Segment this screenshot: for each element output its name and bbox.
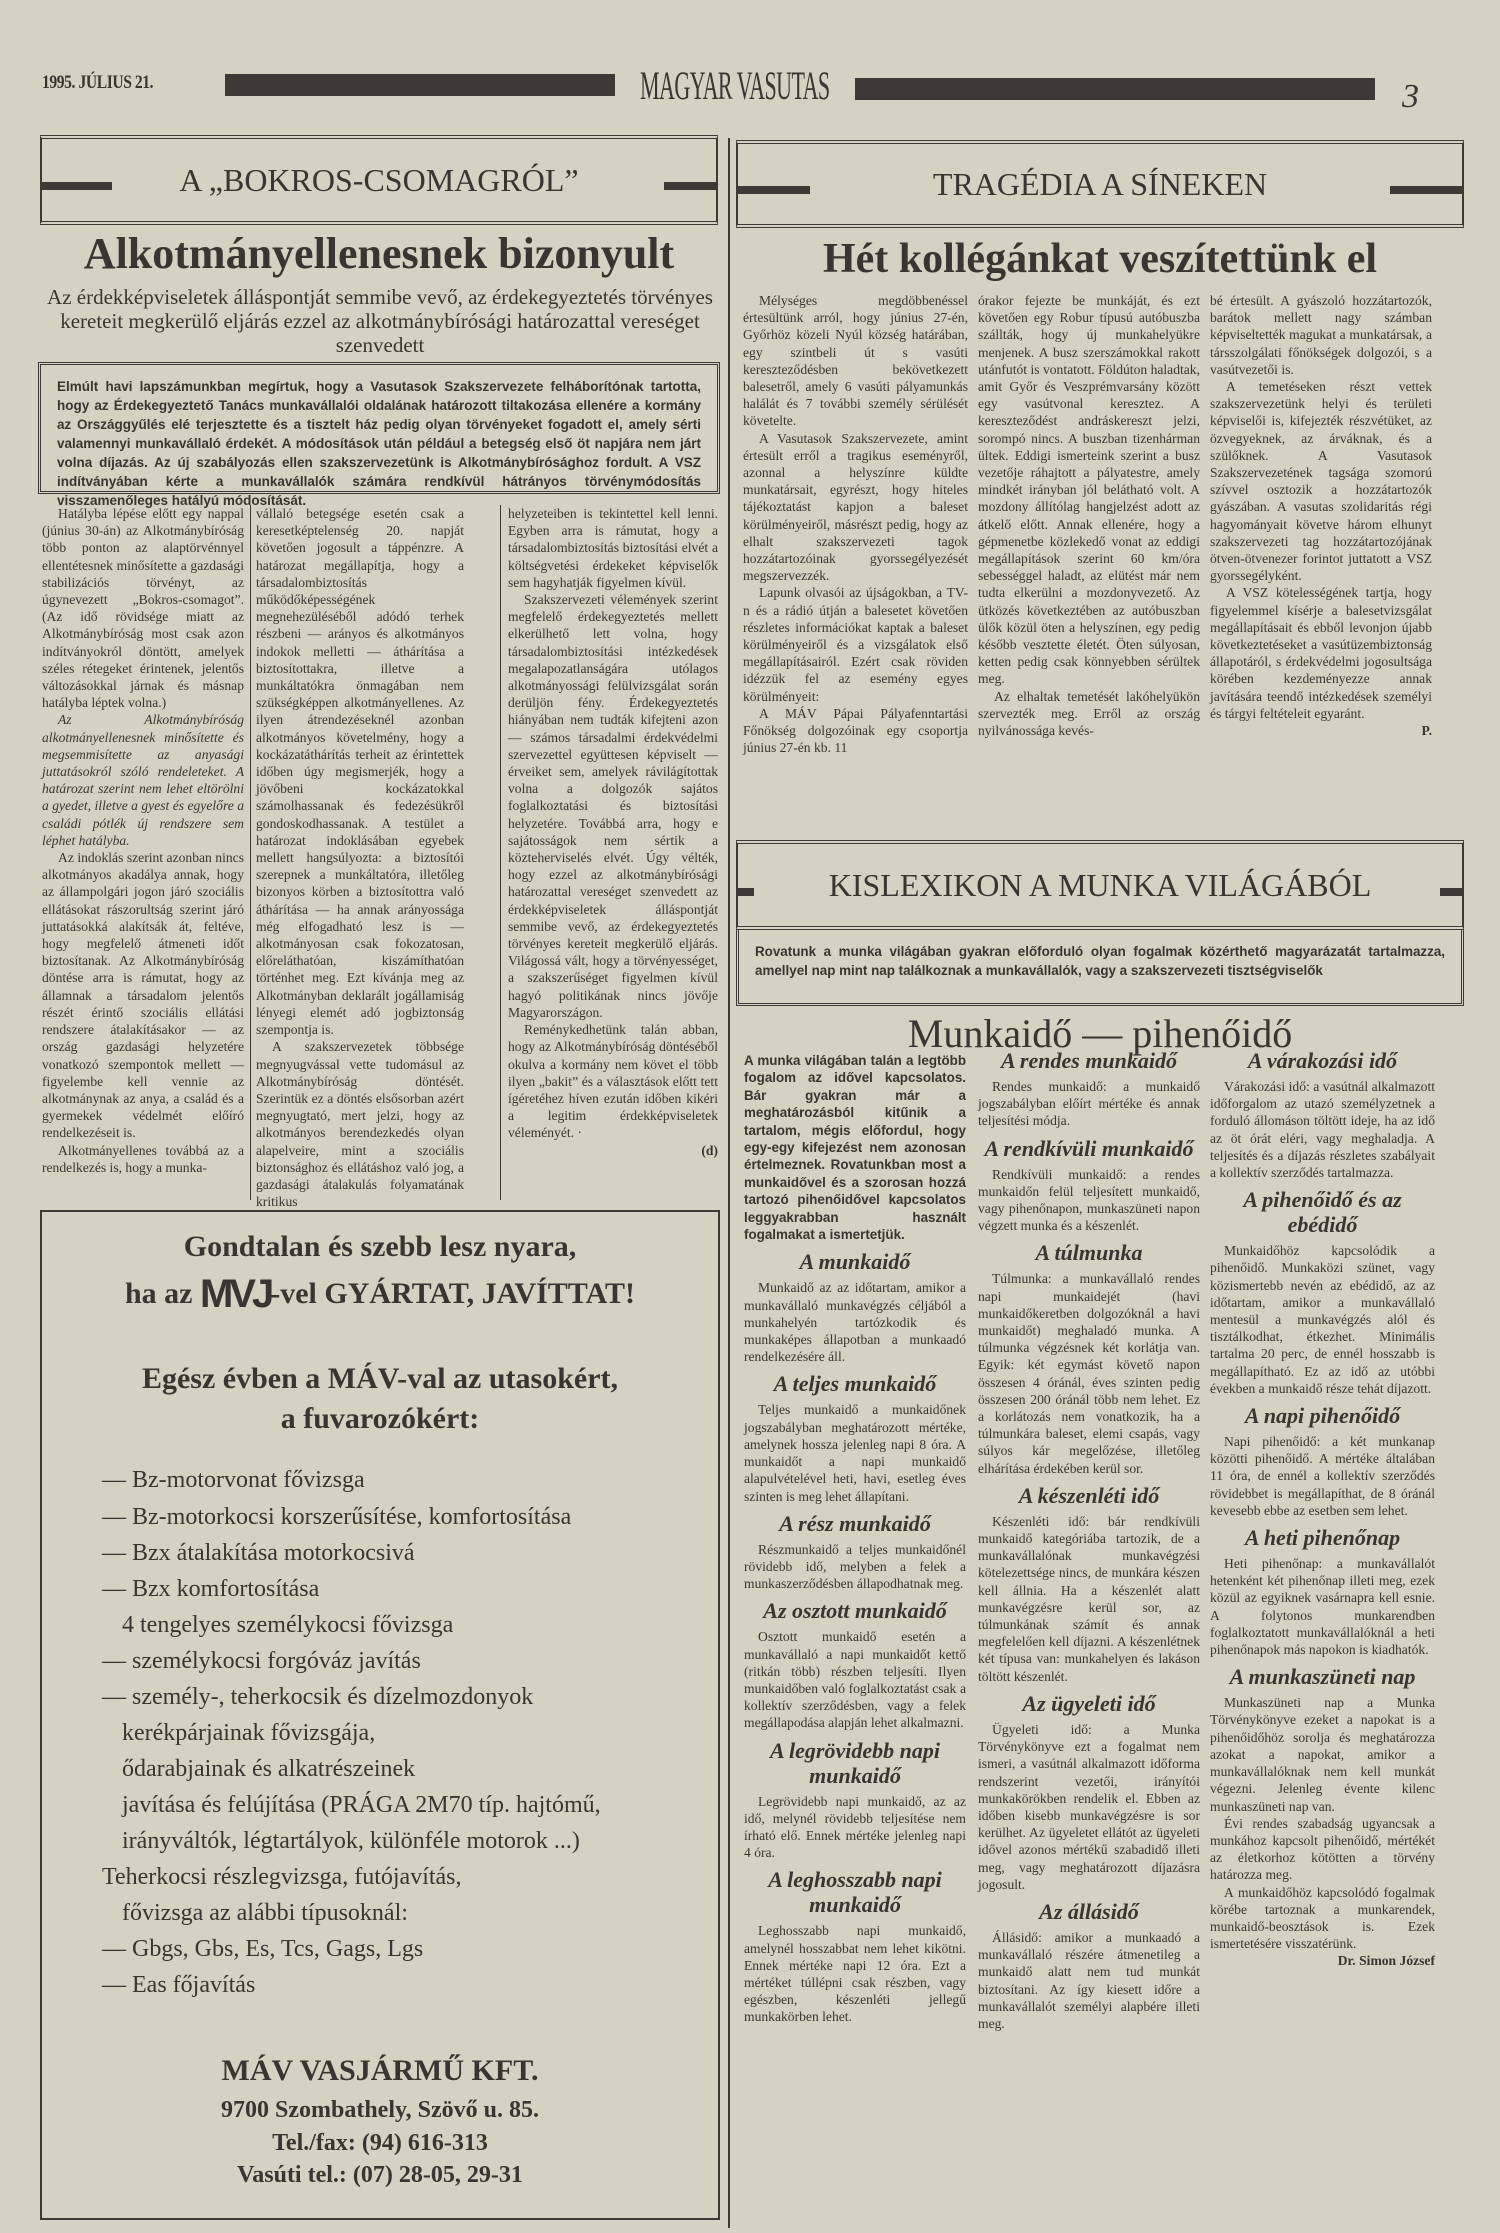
column-divider [728,138,730,2228]
kislexikon-column-1: A munka világában talán a legtöbb fogalo… [744,1052,966,2026]
ad-headline-2: ha az MVJ-vel GYÁRTAT, JAVÍTTAT! [42,1272,718,1317]
ad-item: kerékpárjainak fővizsgája, [122,1720,375,1747]
term-heading: A pihenőidő és az ebédidő [1210,1187,1435,1237]
term-definition: Várakozási idő: a vasútnál alkalmazott i… [1210,1078,1435,1181]
header-dash-left [42,182,112,190]
paragraph: Hatályba lépése előtt egy nappal (június… [42,505,244,711]
term-heading: Az állásidő [978,1899,1200,1924]
term-definition: Munkaidő az az időtartam, amikor a munka… [744,1279,966,1365]
ad-text: ha az [125,1277,193,1310]
ad-item: — Gbgs, Gbs, Es, Tcs, Gags, Lgs [102,1936,423,1963]
ad-company-name: MÁV VASJÁRMŰ KFT. [42,2054,718,2088]
kislexikon-column-3: A várakozási idő Várakozási idő: a vasút… [1210,1048,1435,1970]
kislexikon-intro-box: Rovatunk a munka világában gyakran előfo… [736,930,1464,1006]
paragraph: helyzeteiben is tekintettel kell lenni. … [508,505,718,591]
term-definition: Állásidő: amikor a munkaadó a munkaválla… [978,1929,1200,2032]
term-heading: A rész munkaidő [744,1511,966,1536]
term-heading: A rendkívüli munkaidő [978,1136,1200,1161]
header-dash-right [1440,888,1462,896]
header-dash-left [738,888,754,896]
term-definition: A munkaidőhöz kapcsolódó fogalmak körébe… [1210,1884,1435,1953]
paragraph: Lapunk olvasói az újságokban, a TV-n és … [743,584,968,704]
paragraph: Mélységes megdöbbenéssel értesültünk arr… [743,292,968,430]
paragraph: Az indoklás szerint azonban nincs alkotm… [42,849,244,1141]
ad-item: — Bzx komfortosítása [102,1576,319,1603]
ad-telfax: Tel./fax: (94) 616-313 [42,2130,718,2157]
paragraph: Alkotmányellenes továbbá az a rendelkezé… [42,1142,244,1176]
term-definition: Évi rendes szabadság ugyancsak a munkáho… [1210,1815,1435,1884]
term-definition: Készenléti idő: bár rendkívüli munkaidő … [978,1513,1200,1685]
paragraph: A MÁV Pápai Pályafenntartási Főnökség do… [743,705,968,757]
ad-item: — Bz-motorkocsi korszerűsítése, komforto… [102,1504,571,1531]
term-definition: Munkaszüneti nap a Munka Törvénykönyve e… [1210,1694,1435,1814]
paragraph: Szakszervezeti vélemények szerint megfel… [508,591,718,1021]
ad-item: fővizsga az alábbi típusoknál: [122,1900,408,1927]
term-definition: Rendkívüli munkaidő: a rendes munkaidőn … [978,1166,1200,1235]
term-heading: A legrövidebb napi munkaidő [744,1738,966,1788]
lead-box-bokros: Elmúlt havi lapszámunkban megírtuk, hogy… [38,362,720,494]
term-definition: Heti pihenőnap: a munkavállalót hetenkén… [1210,1555,1435,1658]
paragraph: Reménykedhetünk talán abban, hogy az Alk… [508,1021,718,1141]
paragraph: A temetéseken részt vettek szakszervezet… [1210,378,1432,584]
tragedia-column-2: órakor fejezte be munkáját, és ezt követ… [978,292,1200,739]
ad-item: — személy-, teherkocsik és dízelmozdonyo… [102,1684,533,1711]
term-heading: A munkaidő [744,1249,966,1274]
signature: Dr. Simon József [1210,1952,1435,1969]
term-definition: Részmunkaidő a teljes munkaidőnél rövide… [744,1541,966,1593]
mvj-logo: MVJ [200,1272,270,1317]
bokros-column-2: vállaló betegsége esetén csak a keresetk… [256,505,464,1210]
paragraph: Az elhaltak temetését lakóhelyükön szerv… [978,688,1200,740]
signature: P. [1210,722,1432,739]
term-definition: Napi pihenőidő: a két munkanap közötti p… [1210,1433,1435,1519]
bokros-column-1: Hatályba lépése előtt egy nappal (június… [42,505,244,1176]
section-title: KISLEXIKON A MUNKA VILÁGÁBÓL [829,867,1372,904]
ad-rail-phone: Vasúti tel.: (07) 28-05, 29-31 [42,2162,718,2189]
headline-tragedia: Hét kollégánkat veszítettünk el [736,235,1464,283]
kislexikon-intro: A munka világában talán a legtöbb fogalo… [744,1052,966,1243]
paragraph: A szakszervezetek többsége megnyugvással… [256,1038,464,1210]
section-title: TRAGÉDIA A SÍNEKEN [933,166,1267,203]
term-definition: Túlmunka: a munkavállaló rendes napi mun… [978,1270,1200,1476]
term-heading: A leghosszabb napi munkaidő [744,1867,966,1917]
column-rule [250,505,251,1200]
masthead-bar-left [225,74,615,96]
term-heading: Az osztott munkaidő [744,1598,966,1623]
term-heading: A teljes munkaidő [744,1371,966,1396]
signature: (d) [508,1142,718,1159]
ad-item: — Bz-motorvonat fővizsga [102,1467,365,1494]
newspaper-title: MAGYAR VASUTAS [640,62,830,109]
paragraph: vállaló betegsége esetén csak a keresetk… [256,505,464,1038]
advertisement-mvj: Gondtalan és szebb lesz nyara, ha az MVJ… [40,1210,720,2220]
term-definition: Osztott munkaidő esetén a munkavállaló a… [744,1628,966,1731]
section-header-bokros: A „BOKROS-CSOMAGRÓL” [40,135,718,225]
ad-subhead-1: Egész évben a MÁV-val az utasokért, [42,1362,718,1396]
tragedia-column-3: bé értesült. A gyászoló hozzátartozók, b… [1210,292,1432,739]
masthead-bar-right [855,78,1375,100]
ad-item: Teherkocsi részlegvizsga, futójavítás, [102,1864,462,1891]
paragraph: A Vasutasok Szakszervezete, amint értesü… [743,430,968,585]
section-header-kislexikon: KISLEXIKON A MUNKA VILÁGÁBÓL [736,840,1464,930]
term-heading: A rendes munkaidő [978,1048,1200,1073]
paragraph: A VSZ kötelességének tartja, hogy figyel… [1210,584,1432,722]
paragraph: bé értesült. A gyászoló hozzátartozók, b… [1210,292,1432,378]
term-heading: Az ügyeleti idő [978,1691,1200,1716]
paragraph: Az Alkotmánybíróság alkotmányellenesnek … [42,711,244,849]
term-definition: Teljes munkaidő a munkaidőnek jogszabály… [744,1401,966,1504]
term-definition: Ügyeleti idő: a Munka Törvénykönyve ezt … [978,1721,1200,1893]
term-heading: A túlmunka [978,1240,1200,1265]
ad-item: javítása és felújítása (PRÁGA 2M70 típ. … [122,1792,601,1819]
term-definition: Munkaidőhöz kapcsolódik a pihenőidő. Mun… [1210,1242,1435,1397]
term-heading: A heti pihenőnap [1210,1525,1435,1550]
section-title: A „BOKROS-CSOMAGRÓL” [179,162,578,199]
paragraph: órakor fejezte be munkáját, és ezt követ… [978,292,1200,688]
issue-date: 1995. JÚLIUS 21. [42,72,153,94]
ad-text: -vel GYÁRTAT, JAVÍTTAT! [270,1277,635,1310]
ad-item: — Eas főjavítás [102,1972,255,1999]
ad-item: — Bzx átalakítása motorkocsivá [102,1540,415,1567]
ad-item: — személykocsi forgóváz javítás [102,1648,421,1675]
ad-subhead-2: a fuvarozókért: [42,1402,718,1436]
bokros-column-3: helyzeteiben is tekintettel kell lenni. … [508,505,718,1159]
term-heading: A munkaszüneti nap [1210,1664,1435,1689]
column-rule [500,505,501,1200]
header-dash-left [738,186,810,194]
ad-item: irányváltók, légtartályok, különféle mot… [122,1828,580,1855]
ad-headline-1: Gondtalan és szebb lesz nyara, [42,1230,718,1264]
tragedia-column-1: Mélységes megdöbbenéssel értesültünk arr… [743,292,968,756]
headline-bokros: Alkotmányellenesnek bizonyult [40,228,718,279]
term-definition: Legrövidebb napi munkaidő, az az idő, me… [744,1793,966,1862]
term-definition: Rendes munkaidő: a munkaidő jogszabályba… [978,1078,1200,1130]
page-number: 3 [1402,78,1419,116]
section-header-tragedia: TRAGÉDIA A SÍNEKEN [736,140,1464,228]
term-heading: A napi pihenőidő [1210,1403,1435,1428]
ad-address: 9700 Szombathely, Szövő u. 85. [42,2097,718,2124]
ad-item: ődarabjainak és alkatrészeinek [122,1756,415,1783]
term-definition: Leghosszabb napi munkaidő, amelynél hoss… [744,1922,966,2025]
term-heading: A várakozási idő [1210,1048,1435,1073]
term-heading: A készenléti idő [978,1483,1200,1508]
kislexikon-column-2: A rendes munkaidő Rendes munkaidő: a mun… [978,1048,1200,2032]
deck-bokros: Az érdekképviseletek álláspontját semmib… [45,285,715,357]
header-dash-right [664,182,716,190]
ad-item: 4 tengelyes személykocsi fővizsga [122,1612,453,1639]
header-dash-right [1390,186,1462,194]
